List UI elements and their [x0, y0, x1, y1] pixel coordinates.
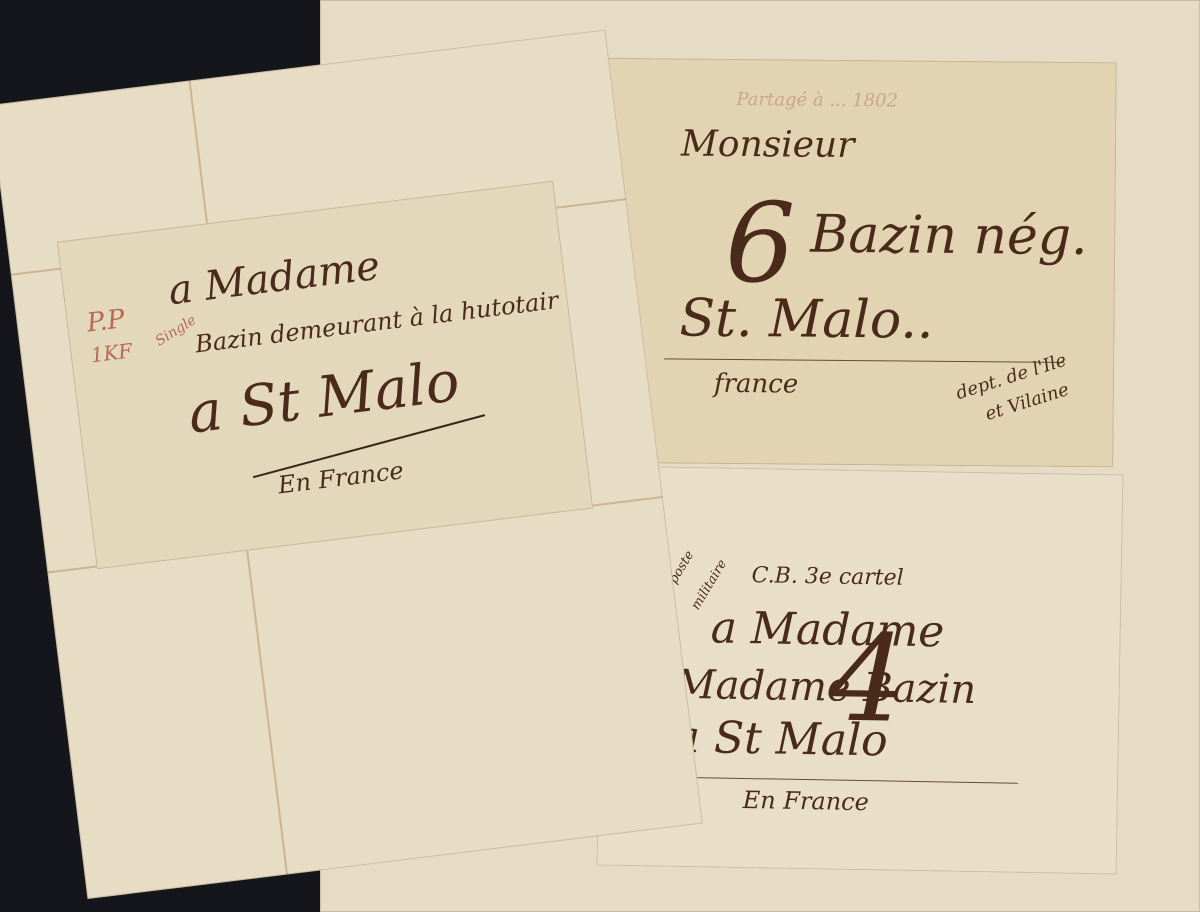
underline	[688, 777, 1018, 784]
postal-mark: P.P	[85, 304, 126, 338]
address-line-4: En France	[276, 456, 405, 499]
faint-header: Partagé à ... 1802	[736, 89, 898, 111]
address-line-3: St. Malo..	[679, 289, 933, 351]
letter-top-right: Partagé à ... 1802 Monsieur 6 Bazin nég.…	[583, 58, 1117, 468]
address-line-3: a St Malo	[673, 712, 888, 767]
address-line-4: En France	[742, 786, 869, 816]
postal-mark-2: 1KF	[89, 338, 133, 367]
underline	[664, 358, 1064, 362]
address-line-1: a Madame	[166, 243, 382, 315]
address-line-1: a Madame	[710, 602, 945, 657]
header-note: C.B. 3e cartel	[751, 563, 903, 591]
address-line-2: Bazin nég.	[810, 205, 1088, 267]
single-note: Single	[153, 312, 199, 349]
address-line-2: Madame Bazin	[674, 662, 976, 713]
address-line-1: Monsieur	[681, 124, 855, 167]
letter-left-address-panel: P.P 1KF Single a Madame Bazin demeurant …	[57, 181, 593, 569]
address-line-4: france	[714, 369, 799, 400]
